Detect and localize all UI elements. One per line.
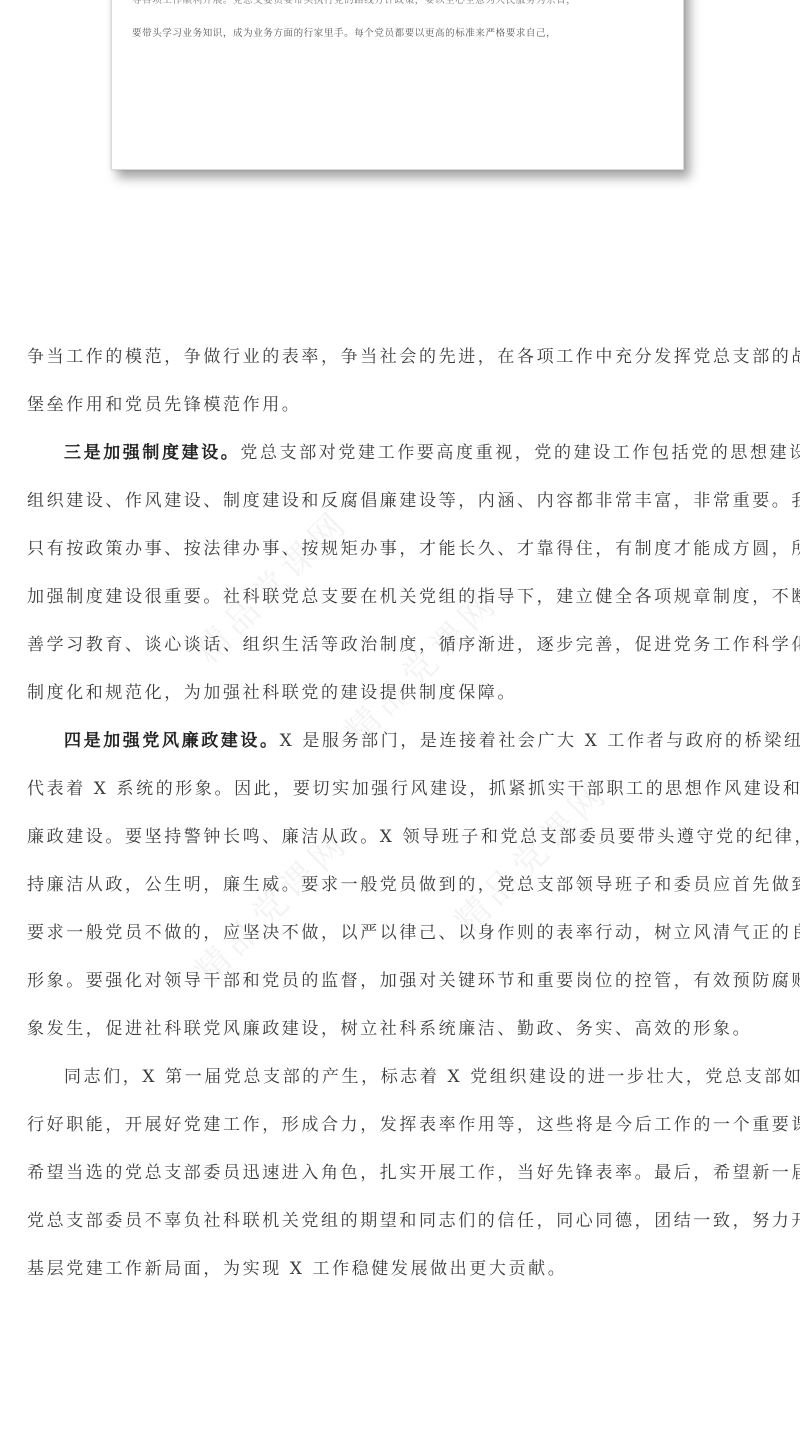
text-line: 堡垒作用和党员先锋模范作用。 bbox=[27, 388, 775, 436]
text-line: 行好职能，开展好党建工作，形成合力，发挥表率作用等，这些将是今后工作的一个重要课… bbox=[27, 1108, 775, 1156]
preview-line: 要带头学习业务知识，成为业务方面的行家里手。每个党员都要以更高的标准来严格要求自… bbox=[132, 25, 663, 39]
text-line: 廉政建设。要坚持警钟长鸣、廉洁从政。X 领导班子和党总支部委员要带头遵守党的纪律… bbox=[27, 820, 775, 868]
text-line: 四是加强党风廉政建设。X 是服务部门，是连接着社会广大 X 工作者与政府的桥梁纽… bbox=[27, 724, 775, 772]
paragraph-3: 四是加强党风廉政建设。X 是服务部门，是连接着社会广大 X 工作者与政府的桥梁纽… bbox=[27, 724, 775, 1060]
text-line: 党总支部委员不辜负社科联机关党组的期望和同志们的信任，同心同德，团结一致，努力开… bbox=[27, 1204, 775, 1252]
text-line: 只有按政策办事、按法律办事、按规矩办事，才能长久、才靠得住，有制度才能成方圆，所… bbox=[27, 532, 775, 580]
text-line: 三是加强制度建设。党总支部对党建工作要高度重视，党的建设工作包括党的思想建设、 bbox=[27, 436, 775, 484]
text-line: 善学习教育、谈心谈话、组织生活等政治制度，循序渐进，逐步完善，促进党务工作科学化… bbox=[27, 628, 775, 676]
text-line: 制度化和规范化，为加强社科联党的建设提供制度保障。 bbox=[27, 676, 775, 724]
text-line: 同志们，X 第一届党总支部的产生，标志着 X 党组织建设的进一步壮大，党总支部如… bbox=[27, 1060, 775, 1108]
text-line: 组织建设、作风建设、制度建设和反腐倡廉建设等，内涵、内容都非常丰富，非常重要。我… bbox=[27, 484, 775, 532]
document-body: 争当工作的模范，争做行业的表率，争当社会的先进，在各项工作中充分发挥党总支部的战… bbox=[27, 340, 775, 1300]
text-run: X 是服务部门，是连接着社会广大 X 工作者与政府的桥梁纽带， bbox=[280, 731, 800, 751]
text-line: 争当工作的模范，争做行业的表率，争当社会的先进，在各项工作中充分发挥党总支部的战… bbox=[27, 340, 775, 388]
text-line: 基层党建工作新局面，为实现 X 工作稳健发展做出更大贡献。 bbox=[27, 1252, 775, 1300]
text-line: 持廉洁从政，公生明，廉生威。要求一般党员做到的，党总支部领导班子和委员应首先做到… bbox=[27, 868, 775, 916]
text-line: 象发生，促进社科联党风廉政建设，树立社科系统廉洁、勤政、务实、高效的形象。 bbox=[27, 1012, 775, 1060]
text-line: 要求一般党员不做的，应坚决不做，以严以律己、以身作则的表率行动，树立风清气正的良… bbox=[27, 916, 775, 964]
text-line: 加强制度建设很重要。社科联党总支要在机关党组的指导下，建立健全各项规章制度，不断… bbox=[27, 580, 775, 628]
text-line: 代表着 X 系统的形象。因此，要切实加强行风建设，抓紧抓实干部职工的思想作风建设… bbox=[27, 772, 775, 820]
page-preview-card: 等各项工作顺利开展。党总支委员要带头执行党的路线方针政策，要以全心全意为人民服务… bbox=[111, 0, 684, 170]
paragraph-2: 三是加强制度建设。党总支部对党建工作要高度重视，党的建设工作包括党的思想建设、 … bbox=[27, 436, 775, 724]
section-heading: 四是加强党风廉政建设。 bbox=[64, 731, 280, 751]
text-run: 党总支部对党建工作要高度重视，党的建设工作包括党的思想建设、 bbox=[240, 443, 800, 463]
paragraph-4: 同志们，X 第一届党总支部的产生，标志着 X 党组织建设的进一步壮大，党总支部如… bbox=[27, 1060, 775, 1300]
text-line: 形象。要强化对领导干部和党员的监督，加强对关键环节和重要岗位的控管，有效预防腐败… bbox=[27, 964, 775, 1012]
text-line: 希望当选的党总支部委员迅速进入角色，扎实开展工作，当好先锋表率。最后，希望新一届… bbox=[27, 1156, 775, 1204]
section-heading: 三是加强制度建设。 bbox=[64, 443, 240, 463]
paragraph-1: 争当工作的模范，争做行业的表率，争当社会的先进，在各项工作中充分发挥党总支部的战… bbox=[27, 340, 775, 436]
preview-line: 等各项工作顺利开展。党总支委员要带头执行党的路线方针政策，要以全心全意为人民服务… bbox=[132, 0, 663, 6]
